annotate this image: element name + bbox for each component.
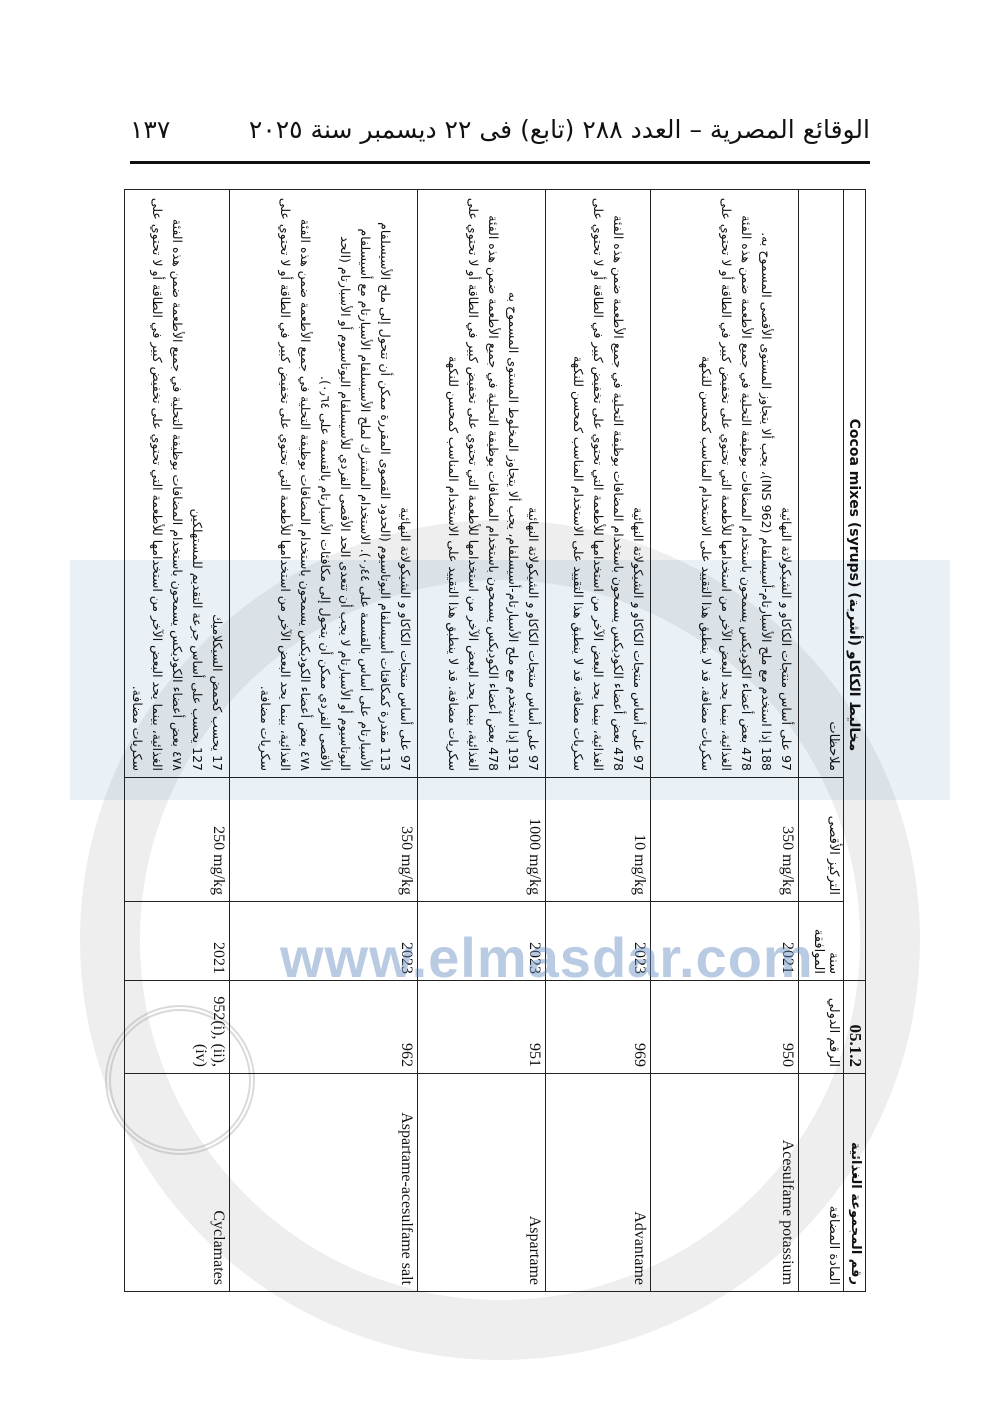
additive-cell: Aspartame-acesulfame salt bbox=[230, 1074, 418, 1292]
note-line: 97 على أساس منتجات الكاكاو و الشيكولاتة … bbox=[776, 196, 796, 771]
note-line: 97 على أساس منتجات الكاكاو و الشيكولاتة … bbox=[628, 196, 648, 771]
year-cell: 2023 bbox=[230, 902, 418, 981]
page-number: ١٣٧ bbox=[130, 115, 170, 144]
gazette-title: الوقائع المصرية – العدد ٢٨٨ (تابع) فى ٢٢… bbox=[249, 115, 870, 144]
ins-cell: 962 bbox=[230, 981, 418, 1074]
notes-cell: 97 على أساس منتجات الكاكاو و الشيكولاتة … bbox=[230, 190, 418, 778]
ins-cell: 969 bbox=[546, 981, 651, 1074]
max-level-cell: 350 mg/kg bbox=[651, 778, 799, 902]
max-level-cell: 10 mg/kg bbox=[546, 778, 651, 902]
year-cell: 2023 bbox=[546, 902, 651, 981]
note-line: ٤٧٨ بعض أعضاء الكوديكس يسمحون باستخدام ا… bbox=[127, 196, 187, 771]
column-header-row: المادة المضافة الرقم الدولي سنة الموافقة… bbox=[799, 190, 844, 1292]
table-row: Advantame969202310 mg/kg97 على أساس منتج… bbox=[546, 190, 651, 1292]
notes-cell: 97 على أساس منتجات الكاكاو و الشيكولاتة … bbox=[651, 190, 799, 778]
note-line: 191 إذا استخدم مع ملح الأسبارتام-أسيسلفا… bbox=[503, 196, 523, 771]
note-line: 478 بعض أعضاء الكوديكس يسمحون باستخدام ا… bbox=[696, 196, 756, 771]
table-row: Aspartame-acesulfame salt9622023350 mg/k… bbox=[230, 190, 418, 1292]
note-line: 97 على أساس منتجات الكاكاو و الشيكولاتة … bbox=[395, 196, 415, 771]
notes-cell: 97 على أساس منتجات الكاكاو و الشيكولاتة … bbox=[418, 190, 546, 778]
note-line: 188 إذا استخدم مع ملح الأسبارتام-أسيسلفا… bbox=[756, 196, 776, 771]
ins-cell: 951 bbox=[418, 981, 546, 1074]
additive-cell: Aspartame bbox=[418, 1074, 546, 1292]
page-header: الوقائع المصرية – العدد ٢٨٨ (تابع) فى ٢٢… bbox=[130, 106, 870, 152]
note-line: 113 مقدرة كمكافئات أسيسلفام البوتاسيوم (… bbox=[315, 196, 395, 771]
max-level-cell: 1000 mg/kg bbox=[418, 778, 546, 902]
header-year: سنة الموافقة bbox=[799, 902, 844, 981]
food-group-row: رقم المجموعة الغذائية 05.1.2 مخاليط الكا… bbox=[844, 190, 866, 1292]
notes-cell: 17 يحسب كحمض السيكلاميك127 يحسب على أساس… bbox=[125, 190, 230, 778]
ins-cell: 950 bbox=[651, 981, 799, 1074]
food-group-name: مخاليط الكاكاو (أشربة) Cocoa mixes (syru… bbox=[844, 190, 866, 981]
note-line: 478 بعض أعضاء الكوديكس يسمحون باستخدام ا… bbox=[443, 196, 503, 771]
additive-cell: Advantame bbox=[546, 1074, 651, 1292]
note-line: 17 يحسب كحمض السيكلاميك bbox=[207, 196, 227, 771]
table-row: Cyclamates952(i), (ii), (iv)2021250 mg/k… bbox=[125, 190, 230, 1292]
year-cell: 2021 bbox=[651, 902, 799, 981]
table-row: Acesulfame potassium9502021350 mg/kg97 ع… bbox=[651, 190, 799, 1292]
food-group-label: رقم المجموعة الغذائية bbox=[844, 1074, 866, 1292]
food-group-code: 05.1.2 bbox=[844, 981, 866, 1074]
note-line: ٤٧٨ بعض أعضاء الكوديكس يسمحون باستخدام ا… bbox=[255, 196, 315, 771]
additive-cell: Cyclamates bbox=[125, 1074, 230, 1292]
note-line: 97 على أساس منتجات الكاكاو و الشيكولاتة … bbox=[523, 196, 543, 771]
note-line: 127 يحسب على أساس جرعة التقديم للمستهلكي… bbox=[187, 196, 207, 771]
additives-table: رقم المجموعة الغذائية 05.1.2 مخاليط الكا… bbox=[124, 189, 866, 1292]
table-row: Aspartame95120231000 mg/kg97 على أساس من… bbox=[418, 190, 546, 1292]
header-additive: المادة المضافة bbox=[799, 1074, 844, 1292]
ins-cell: 952(i), (ii), (iv) bbox=[125, 981, 230, 1074]
header-max-level: التركيز الأقصى bbox=[799, 778, 844, 902]
additive-cell: Acesulfame potassium bbox=[651, 1074, 799, 1292]
year-cell: 2023 bbox=[418, 902, 546, 981]
header-notes: ملاحظات bbox=[799, 190, 844, 778]
note-line: 478 بعض أعضاء الكوديكس يسمحون باستخدام ا… bbox=[568, 196, 628, 771]
year-cell: 2021 bbox=[125, 902, 230, 981]
max-level-cell: 250 mg/kg bbox=[125, 778, 230, 902]
header-rule bbox=[130, 161, 870, 164]
header-ins: الرقم الدولي bbox=[799, 981, 844, 1074]
additives-table-frame: رقم المجموعة الغذائية 05.1.2 مخاليط الكا… bbox=[133, 189, 866, 1292]
max-level-cell: 350 mg/kg bbox=[230, 778, 418, 902]
notes-cell: 97 على أساس منتجات الكاكاو و الشيكولاتة … bbox=[546, 190, 651, 778]
